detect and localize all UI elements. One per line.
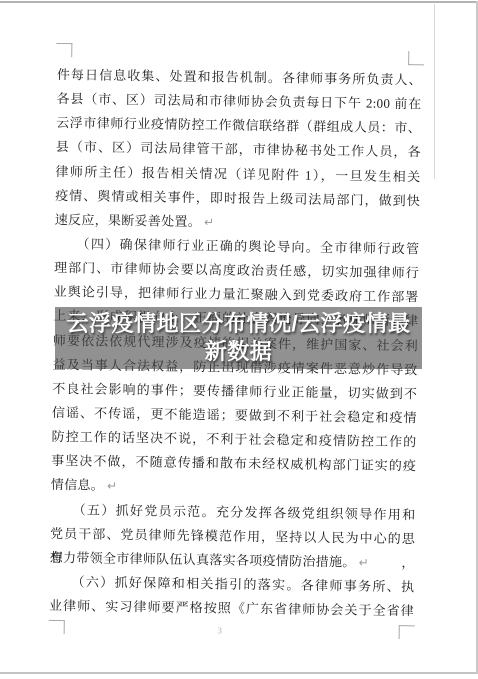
crop-mark-top-left <box>56 43 72 57</box>
paragraph-mark-icon: ↵ <box>107 479 118 493</box>
paragraph-mark-icon: ↵ <box>359 555 370 569</box>
overlay-title-line1: 云浮疫情地区分布情况/云浮疫情最 <box>66 310 410 338</box>
overlay-title-line2: 新数据 <box>205 338 273 366</box>
paragraph-mark-icon: ↵ <box>204 215 215 229</box>
crop-mark-bottom-left <box>49 620 65 634</box>
document-line: 业律师、实习律师要严格按照《广东省律师协会关于全省律 <box>49 594 414 624</box>
page-number: 3 <box>205 625 235 635</box>
crop-mark-bottom-right <box>399 625 415 639</box>
crop-mark-top-right <box>408 51 424 65</box>
title-overlay: 云浮疫情地区分布情况/云浮疫情最 新数据 <box>55 307 422 369</box>
